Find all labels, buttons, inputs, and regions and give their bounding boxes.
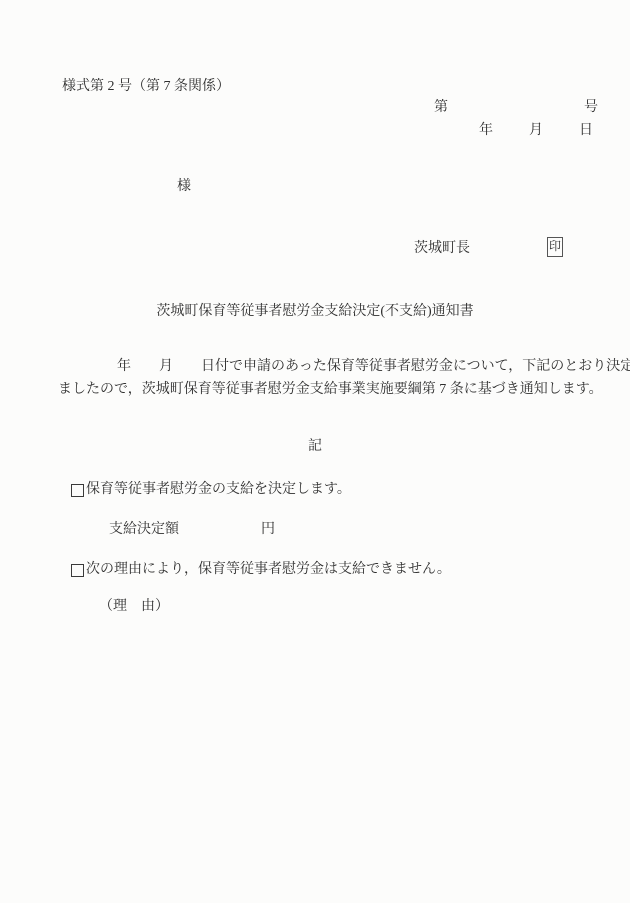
- checkbox-grant-icon: [71, 484, 84, 497]
- record-heading: 記: [0, 438, 630, 456]
- date-day-label: 日: [579, 122, 593, 140]
- document-page: 様式第 2 号（第 7 条関係） 第 号 年 月 日 様 茨城町長 印 茨城町保…: [0, 0, 630, 903]
- date-month-label: 月: [529, 122, 543, 140]
- amount-label: 支給決定額: [109, 521, 179, 539]
- decision-item: 保育等従事者慰労金の支給を決定します。: [71, 481, 351, 499]
- reason-label: （理 由）: [99, 598, 169, 616]
- rejection-item-label: 次の理由により，保育等従事者慰労金は支給できません。: [86, 561, 451, 579]
- doc-number-prefix: 第: [434, 99, 448, 117]
- amount-unit: 円: [261, 521, 275, 539]
- sender-name: 茨城町長: [414, 240, 470, 258]
- body-line-2: ましたので，茨城町保育等従事者慰労金支給事業実施要綱第 7 条に基づき通知します…: [58, 381, 603, 399]
- seal-box: 印: [547, 237, 563, 257]
- checkbox-reject-icon: [71, 564, 84, 577]
- form-number: 様式第 2 号（第 7 条関係）: [62, 78, 230, 96]
- seal-label: 印: [547, 237, 563, 257]
- date-year-label: 年: [479, 122, 493, 140]
- rejection-item: 次の理由により，保育等従事者慰労金は支給できません。: [71, 561, 451, 579]
- decision-item-label: 保育等従事者慰労金の支給を決定します。: [86, 481, 351, 499]
- doc-number-suffix: 号: [584, 99, 598, 117]
- body-line-1: 年 月 日付で申請のあった保育等従事者慰労金について，下記のとおり決定し: [117, 358, 630, 376]
- addressee-honorific: 様: [177, 178, 191, 196]
- document-title: 茨城町保育等従事者慰労金支給決定(不支給)通知書: [0, 303, 630, 321]
